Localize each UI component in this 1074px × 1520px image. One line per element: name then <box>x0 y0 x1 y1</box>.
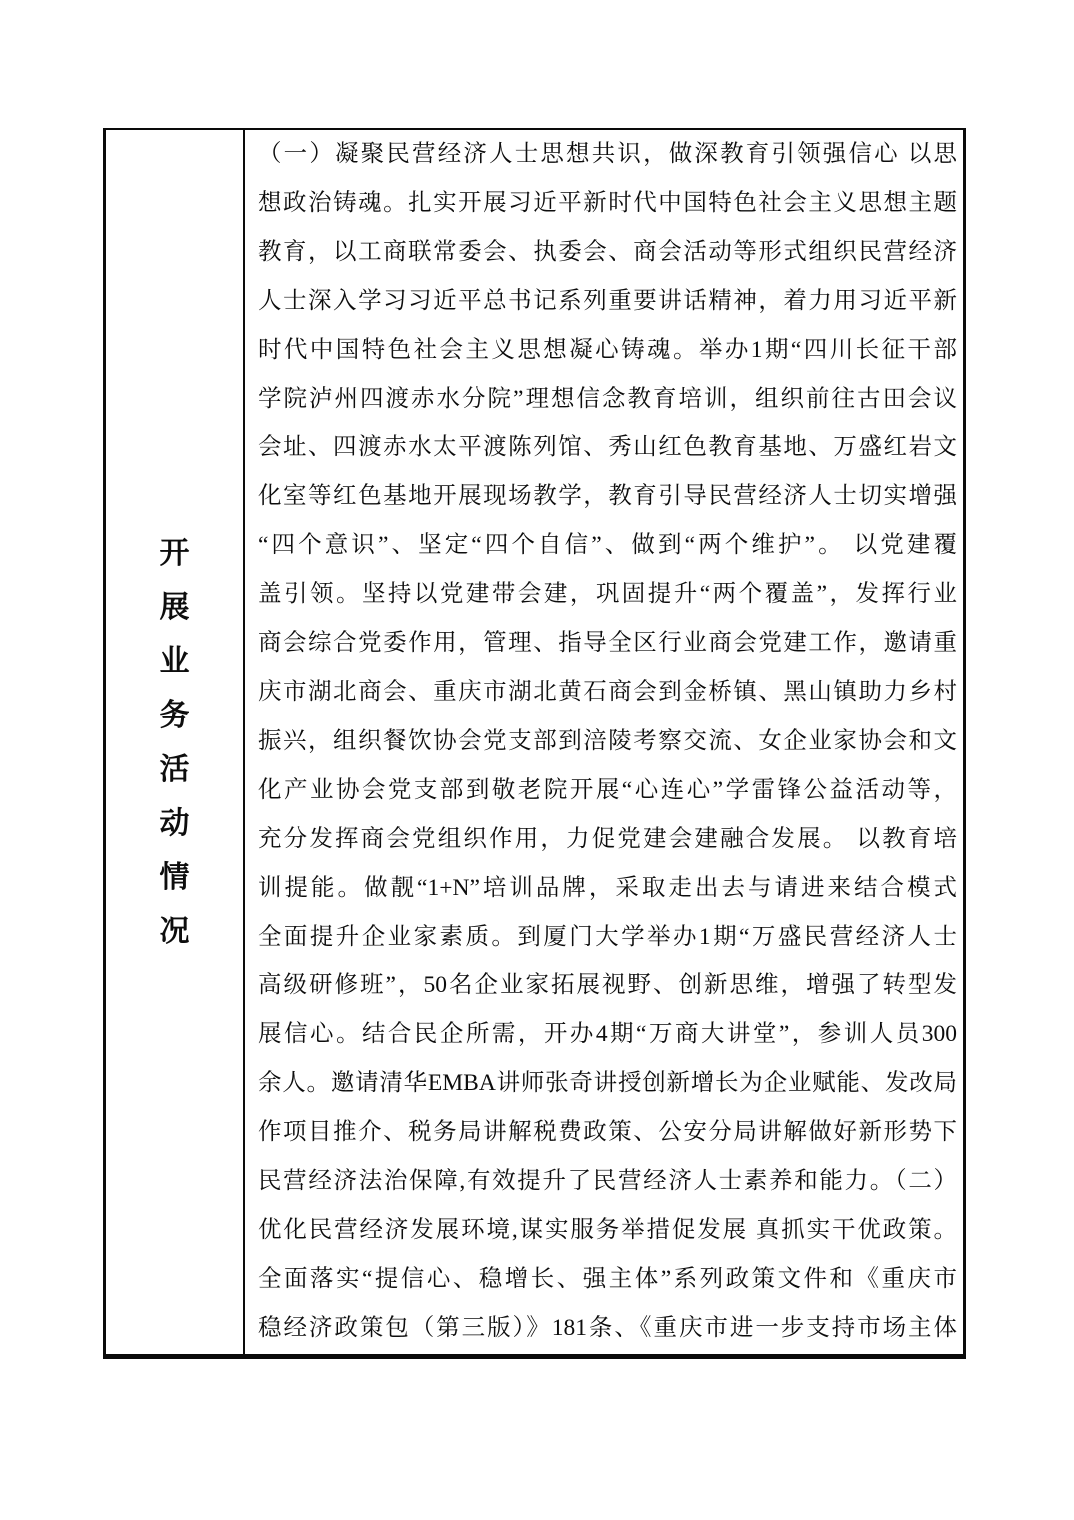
row-header-char: 开 <box>160 538 190 569</box>
content-line: 全面提升企业家素质。到厦门大学举办1期“万盛民营经济人士 <box>258 913 957 962</box>
content-line: 民营经济法治保障,有效提升了民营经济人士素养和能力。（二） <box>258 1157 957 1206</box>
row-header-char: 务 <box>160 700 190 731</box>
content-line: 训提能。做靓“1+N”培训品牌，采取走出去与请进来结合模式 <box>258 864 957 913</box>
row-header-cell: 开展业务活动情况 <box>106 130 245 1354</box>
content-line: 学院泸州四渡赤水分院”理想信念教育培训，组织前往古田会议 <box>258 375 957 424</box>
content-text-block: （一）凝聚民营经济人士思想共识，做深教育引领强信心 以思想政治铸魂。扎实开展习近… <box>258 130 957 1353</box>
content-line: 时代中国特色社会主义思想凝心铸魂。举办1期“四川长征干部 <box>258 326 957 375</box>
row-header-char: 况 <box>160 916 190 947</box>
report-table: 开展业务活动情况 （一）凝聚民营经济人士思想共识，做深教育引领强信心 以思想政治… <box>103 128 966 1359</box>
content-line: 全面落实“提信心、稳增长、强主体”系列政策文件和《重庆市 <box>258 1255 957 1304</box>
content-line: 余人。邀请清华EMBA讲师张奇讲授创新增长为企业赋能、发改局 <box>258 1059 957 1108</box>
content-line: 想政治铸魂。扎实开展习近平新时代中国特色社会主义思想主题 <box>258 179 957 228</box>
content-line: 展信心。结合民企所需，开办4期“万商大讲堂”，参训人员300 <box>258 1010 957 1059</box>
content-line: 作项目推介、税务局讲解税费政策、公安分局讲解做好新形势下 <box>258 1108 957 1157</box>
row-header-vertical-text: 开展业务活动情况 <box>160 538 190 947</box>
content-line: 庆市湖北商会、重庆市湖北黄石商会到金桥镇、黑山镇助力乡村 <box>258 668 957 717</box>
row-content-cell: （一）凝聚民营经济人士思想共识，做深教育引领强信心 以思想政治铸魂。扎实开展习近… <box>245 130 963 1354</box>
content-line: 人士深入学习习近平总书记系列重要讲话精神，着力用习近平新 <box>258 277 957 326</box>
content-line: 化室等红色基地开展现场教学，教育引导民营经济人士切实增强 <box>258 472 957 521</box>
content-line: 稳经济政策包（第三版）》181条、《重庆市进一步支持市场主体 <box>258 1304 957 1353</box>
content-line: 会址、四渡赤水太平渡陈列馆、秀山红色教育基地、万盛红岩文 <box>258 423 957 472</box>
content-line: 振兴，组织餐饮协会党支部到涪陵考察交流、女企业家协会和文 <box>258 717 957 766</box>
content-line: 化产业协会党支部到敬老院开展“心连心”学雷锋公益活动等， <box>258 766 957 815</box>
content-line: （一）凝聚民营经济人士思想共识，做深教育引领强信心 以思 <box>258 130 957 179</box>
row-header-char: 业 <box>160 646 190 677</box>
row-header-char: 情 <box>160 862 190 893</box>
content-line: 优化民营经济发展环境,谋实服务举措促发展 真抓实干优政策。 <box>258 1206 957 1255</box>
content-line: “四个意识”、坚定“四个自信”、做到“两个维护”。 以党建覆 <box>258 521 957 570</box>
content-line: 充分发挥商会党组织作用，力促党建会建融合发展。 以教育培 <box>258 815 957 864</box>
document-page: 开展业务活动情况 （一）凝聚民营经济人士思想共识，做深教育引领强信心 以思想政治… <box>0 0 1074 1520</box>
row-header-char: 活 <box>160 754 190 785</box>
content-line: 商会综合党委作用，管理、指导全区行业商会党建工作，邀请重 <box>258 619 957 668</box>
content-line: 教育，以工商联常委会、执委会、商会活动等形式组织民营经济 <box>258 228 957 277</box>
content-line: 高级研修班”，50名企业家拓展视野、创新思维，增强了转型发 <box>258 961 957 1010</box>
content-line: 盖引领。坚持以党建带会建，巩固提升“两个覆盖”，发挥行业 <box>258 570 957 619</box>
row-header-char: 展 <box>160 592 190 623</box>
row-header-char: 动 <box>160 808 190 839</box>
